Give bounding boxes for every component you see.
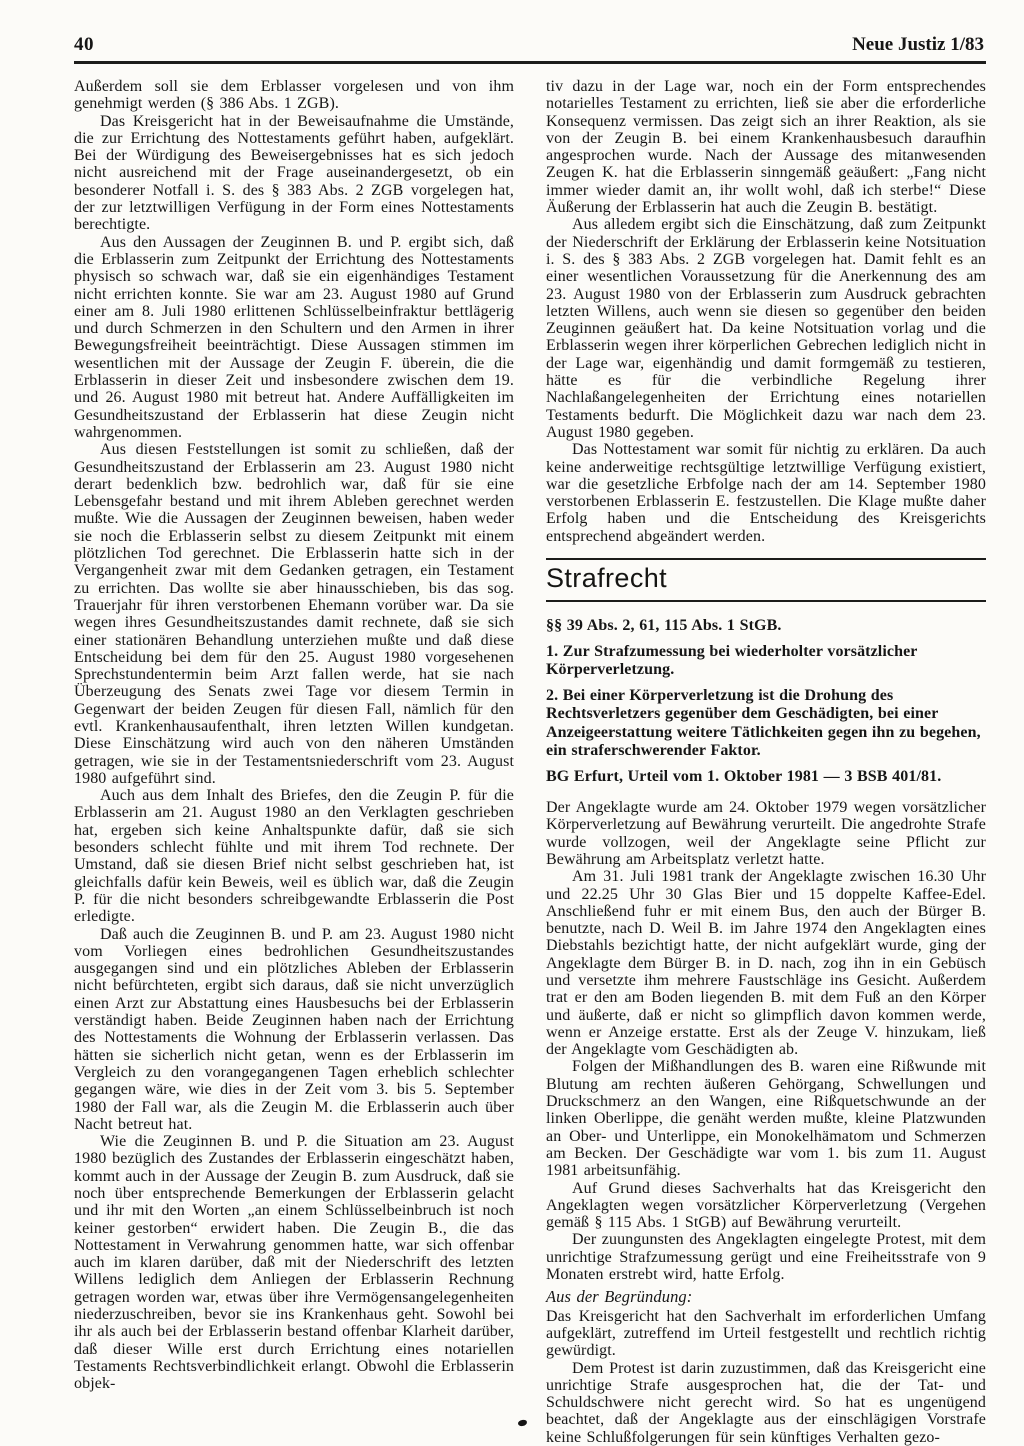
reasoning-label: Aus der Begründung:: [546, 1288, 986, 1305]
section-divider: Strafrecht: [546, 558, 986, 602]
body-paragraph: Daß auch die Zeuginnen B. und P. am 23. …: [74, 926, 514, 1134]
body-paragraph: Dem Protest ist darin zuzustimmen, daß d…: [546, 1360, 986, 1446]
section-title: Strafrecht: [546, 563, 986, 593]
body-paragraph: Folgen der Mißhandlungen des B. waren ei…: [546, 1058, 986, 1179]
body-paragraph: Aus alledem ergibt sich die Einschätzung…: [546, 216, 986, 441]
body-paragraph: Das Kreisgericht hat den Sachverhalt im …: [546, 1308, 986, 1360]
body-paragraph: Aus diesen Feststellungen ist somit zu s…: [74, 441, 514, 787]
body-paragraph: Das Nottestament war somit für nichtig z…: [546, 441, 986, 545]
court-citation: BG Erfurt, Urteil vom 1. Oktober 1981 — …: [546, 768, 986, 787]
page-body: Außerdem soll sie dem Erblasser vorgeles…: [74, 78, 986, 1446]
journal-title: Neue Justiz 1/83: [852, 34, 984, 56]
body-paragraph: tiv dazu in der Lage war, noch ein der F…: [546, 78, 986, 216]
page-header: 40 Neue Justiz 1/83: [74, 34, 986, 61]
left-column: Außerdem soll sie dem Erblasser vorgeles…: [74, 78, 514, 1446]
body-paragraph: Der Angeklagte wurde am 24. Oktober 1979…: [546, 799, 986, 868]
body-paragraph: Auch aus dem Inhalt des Briefes, den die…: [74, 787, 514, 925]
right-column: tiv dazu in der Lage war, noch ein der F…: [546, 78, 986, 1446]
header-rule: [74, 61, 986, 64]
body-paragraph: Aus den Aussagen der Zeuginnen B. und P.…: [74, 234, 514, 442]
body-paragraph: Das Kreisgericht hat in der Beweisaufnah…: [74, 113, 514, 234]
headnote-point-2: 2. Bei einer Körperverletzung ist die Dr…: [546, 687, 986, 761]
body-paragraph: Der zuungunsten des Angeklagten eingeleg…: [546, 1231, 986, 1283]
body-paragraph: Außerdem soll sie dem Erblasser vorgeles…: [74, 78, 514, 113]
headnote-point-1: 1. Zur Strafzumessung bei wiederholter v…: [546, 643, 986, 680]
body-paragraph: Wie die Zeuginnen B. und P. die Situatio…: [74, 1133, 514, 1392]
statute-headnote: §§ 39 Abs. 2, 61, 115 Abs. 1 StGB.: [546, 617, 986, 636]
page-number: 40: [74, 34, 94, 56]
body-paragraph: Am 31. Juli 1981 trank der Angeklagte zw…: [546, 868, 986, 1058]
body-paragraph: Auf Grund dieses Sachverhalts hat das Kr…: [546, 1180, 986, 1232]
journal-page: 40 Neue Justiz 1/83 Außerdem soll sie de…: [0, 0, 1024, 1446]
